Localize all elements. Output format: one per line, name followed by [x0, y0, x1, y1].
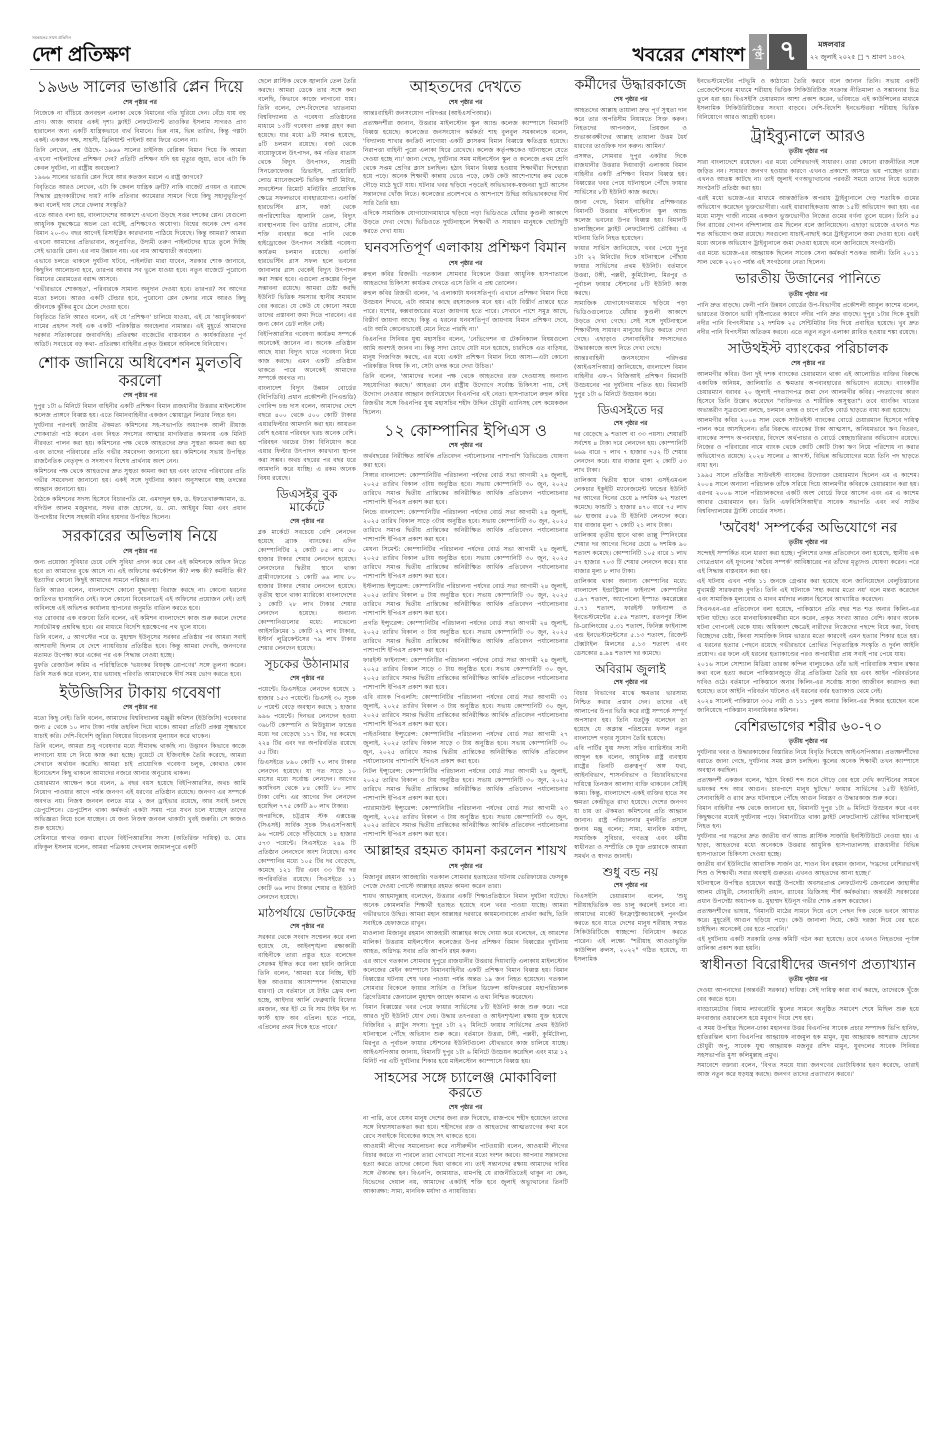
paragraph: বিএনপির সিনিয়র যুগ্ম মহাসচিব বলেন, 'নেভ…: [363, 336, 568, 372]
article-karmider-uddhar: কর্মীদের উদ্ধারকাজে শেষ পৃষ্ঠার পর আহতদে…: [574, 78, 687, 400]
paragraph: তিনি বলেন, 'আমাদের দলের পক্ষ থেকে আহতদের…: [363, 373, 568, 418]
article-body: নিজেকে না বাঁচিয়ে জনবহুল এলাকা থেকে বিম…: [34, 110, 246, 351]
headline: বেশিরভাগের শরীর ৬০-৭০: [697, 720, 919, 735]
paragraph: মিজানুর রহমান আজহারি। গতকাল সোমবার হতাহত…: [363, 874, 568, 892]
paragraph: শায়খ আহমাদুল্লাহ বলেছেন, উত্তরার একটি শ…: [363, 893, 568, 929]
headline: ডিএসইর বুক মার্কেটে: [258, 488, 356, 514]
paragraph: প্রত্যক্ষদর্শীদের ভাষায়, 'বিমানটি মাঠের…: [697, 908, 919, 935]
article-body: দর বেড়েছে ৯ শতাংশ বা ৩৩ পয়সা। শেয়ারটি…: [574, 431, 687, 659]
headline: ঘনবসতিপূর্ণ এলাকায় প্রশিক্ষণ বিমান: [363, 241, 568, 256]
paragraph: প্রত্যক্ষদর্শীরা জানান, উত্তরার মাইলস্টো…: [363, 120, 568, 210]
paragraph: আন্তঃবাহিনী জনসংযোগ পরিদপ্তর (আইএসপিআর)।: [363, 110, 568, 119]
paragraph: বিবৃতিতে তিনি আরও বলেন, এই যে 'প্রশিক্ষণ…: [34, 314, 246, 350]
continuation-kicker: শেষ পৃষ্ঠার পর: [697, 358, 919, 369]
article-body: অর্থবছরের নিরীক্ষিত আর্থিক প্রতিবেদন পর্…: [363, 453, 568, 840]
headline: সূচকের উঠানামার: [258, 658, 356, 671]
article-twelve-company-eps: ১২ কোম্পানির ইপিএস ও শেষ পৃষ্ঠার পর অর্থ…: [363, 422, 568, 841]
article-ghonobosoti-training: ঘনবসতিপূর্ণ এলাকায় প্রশিক্ষণ বিমান শেষ …: [363, 241, 568, 417]
headline: মাঠপর্যায়ে ভোটকেন্দ্র: [258, 907, 356, 920]
paragraph: ঘটনাস্থলে উপস্থিত হয়েছেন স্বরাষ্ট্র উপদ…: [697, 880, 919, 907]
paragraph: বিইপিআরসির গবেষণা কার্যক্রম সম্পর্কে অনে…: [258, 331, 356, 385]
paragraph: তিনি বলেন, আমরা শুধু গবেষণার মধ্যে সীমাব…: [34, 743, 246, 779]
paragraph: জন্য প্রয়োজ্য সুবিধার চেয়ে বেশি সুবিধা…: [34, 559, 246, 586]
continuation-kicker: তৃতীয় পৃষ্ঠার পর: [697, 289, 919, 300]
paragraph: এই ঘটনায় এখন পর্যন্ত ১১ জনকে গ্রেপ্তার …: [697, 578, 919, 605]
paragraph: এর মধ্যে ভয়েজ-এর আহ্বায়ক ছিলেন সাবেক স…: [697, 250, 919, 268]
article-sahoser-shonge: সাহসের সঙ্গে চ্যালেঞ্জ মোকাবিলা করতে শেষ…: [363, 1071, 568, 1198]
headline: স্বাধীনতা বিরোধীদের জনগণ প্রত্যাখ্যান: [697, 958, 919, 973]
paragraph: ২০২৪ সালেই পাকিস্তানে ৩৩৫ নারী ও ১১১ পুর…: [697, 698, 919, 716]
paragraph: ফায়ার সার্ভিস জানিয়েছে, খবর পেয়ে দুপু…: [574, 245, 687, 299]
paragraph: সেমিনারে স্বাগত বক্তব্য রাখেন বিইপিআরসির…: [34, 835, 246, 853]
article-tribunal: ট্রাইব্যুনালে আরও তৃতীয় পৃষ্ঠার পর সারা…: [697, 127, 919, 268]
paragraph: ১৯৯৫ সালে প্রতিষ্ঠিত সাউথইস্ট ব্যাংকের উ…: [697, 472, 919, 517]
headline: অবিরাম জুলাই: [574, 663, 687, 676]
paragraph: সরকার থেকে সংবাদ সম্মেলন করে বলা হয়েছে …: [258, 934, 356, 1033]
article-body: সন্দেহই সম্পর্কিত বলে ধারণা করা হচ্ছে। প…: [697, 550, 919, 716]
column-e: ইনভেস্টমেন্টের পটভূমি ও কাঠামো তৈরি করবে…: [697, 78, 919, 1084]
paragraph: সমাবেশে বক্তারা বলেন, 'বিগত সময়ে যারা জ…: [697, 1062, 919, 1080]
continuation-kicker: শেষ পৃষ্ঠার পর: [363, 258, 568, 269]
paragraph: গত রোববার এক বক্তব্যে তিনি বলেন, এই কমিশ…: [34, 615, 246, 633]
article-body: রুহুল কবির রিজভী। গতকাল সোমবার বিকেলে উত…: [363, 271, 568, 418]
article-body: দুর্ঘটনার খবর ও উদ্ধারকাজের বিস্তারিত নি…: [697, 749, 919, 954]
article-swadhinata-birodhi: স্বাধীনতা বিরোধীদের জনগণ প্রত্যাখ্যান তৃ…: [697, 958, 919, 1080]
paragraph: বিচার বিভাগের মাঝে ক্ষমতার ভারসাম্য নিশ্…: [574, 690, 687, 744]
paragraph: মুফতি রেজাউল করিম এ পরিস্থিতিকে 'ভয়ংকর …: [34, 662, 246, 680]
continuation-kicker: তৃতীয় পৃষ্ঠার পর: [697, 537, 919, 548]
article-body: মিজানুর রহমান আজহারি। গতকাল সোমবার হতাহত…: [363, 874, 568, 1067]
article-bhangari-plane: ১৯৬৬ সালের ভাঙারি প্লেন দিয়ে শেষ পৃষ্ঠা…: [34, 78, 246, 350]
section-title: খবরের শেষাংশ: [632, 41, 745, 73]
article-bharatiya-ujan: ভারতীয় উজানের পানিতে তৃতীয় পৃষ্ঠার পর …: [697, 272, 919, 337]
paragraph: তালিকায় থাকা অন্যান্য কোম্পানির মধ্যে: …: [574, 578, 687, 659]
article-body: ইনভেস্টমেন্টের পটভূমি ও কাঠামো তৈরি করবে…: [697, 78, 919, 123]
paragraph: লিন্ডে বাংলাদেশ: কোম্পানিটির পরিচালনা পর…: [363, 509, 568, 545]
paragraph: দুর্ঘটনার পরপরই জাতীয় ঐকমত্য কমিশনের সহ…: [34, 422, 246, 467]
paragraph: অর্থবছরের নিরীক্ষিত আর্থিক প্রতিবেদন পর্…: [363, 453, 568, 471]
article-ugc-research: ইউজিসির টাকায় গবেষণা শেষ পৃষ্ঠার পর মতো…: [34, 684, 246, 853]
continuation-kicker: শেষ পৃষ্ঠার পর: [258, 516, 356, 527]
paragraph: মাওলানা মিজানুর রহমান আজহারী আল্লাহর কাছ…: [363, 930, 568, 957]
column-a: ১৯৬৬ সালের ভাঙারি প্লেন দিয়ে শেষ পৃষ্ঠা…: [34, 78, 246, 857]
paragraph: মতো কিছু নেই। তিনি বলেন, আমাদের বিশ্ববিদ…: [34, 715, 246, 742]
continuation-kicker: শেষ পৃষ্ঠার পর: [574, 418, 687, 429]
paragraph: প্যারামাউন্ট ইন্স্যুরেন্স: কোম্পানিটির প…: [363, 805, 568, 841]
paragraph: তিনি আরও বলেন, বাংলাদেশে কোনো যুদ্ধাবস্থ…: [34, 587, 246, 614]
headline: ১৯৬৬ সালের ভাঙারি প্লেন দিয়ে: [34, 78, 246, 96]
continuation-kicker: শেষ পৃষ্ঠার পর: [574, 677, 687, 688]
headline: ভারতীয় উজানের পানিতে: [697, 272, 919, 287]
continuation-kicker: শেষ পৃষ্ঠার পর: [574, 94, 687, 105]
paragraph: নিজেকে না বাঁচিয়ে জনবহুল এলাকা থেকে বিম…: [34, 110, 246, 146]
headline: শুধু বন্ড নয়: [574, 866, 687, 879]
paragraph: ডিএসইতে ৮৯০ কোটি ৭০ লাখ টাকার লেনদেন হয়…: [258, 759, 356, 813]
headline: সরকারের অভিলাষ নিয়ে: [34, 527, 246, 545]
article-abaidho-somporko: 'অবৈধ' সম্পর্কের অভিযোগে নর তৃতীয় পৃষ্ঠ…: [697, 521, 919, 716]
continuation-kicker: তৃতীয় পৃষ্ঠার পর: [697, 974, 919, 985]
paragraph: তালিকায় তৃতীয় স্থানে থাকা তাল্লু স্পিন…: [574, 532, 687, 577]
paragraph: ২০১৬ সালে সোশ্যাল মিডিয়া তারকা কন্দিল ব…: [697, 661, 919, 697]
continuation-kicker: শেষ পৃষ্ঠার পর: [34, 97, 246, 108]
continuation-kicker: শেষ পৃষ্ঠার পর: [363, 97, 568, 108]
paragraph: বিমান বাহিনীর পক্ষ থেকে জানানো হয়, বিমা…: [697, 805, 919, 832]
paragraph: বিবৃতিতে আরও লেখেন, এটা কি কেবল যান্ত্রি…: [34, 184, 246, 211]
paragraph: এভাবে চলতে থাকলে দুর্ঘটনা ঘটবে, পাইলটরা …: [34, 258, 246, 285]
paragraph: সিঙ্গার বাংলাদেশ: কোম্পানিটির পরিচালনা প…: [363, 472, 568, 508]
article-islamic-investment-continuation: ইনভেস্টমেন্টের পটভূমি ও কাঠামো তৈরি করবে…: [697, 78, 919, 123]
paragraph: এতে আরও বলা হয়, বাংলাদেশের আকাশে এখনো উ…: [34, 212, 246, 257]
paragraph: 'গভীরভাবে শোকাহত', পরিবারকে সামান্য অনুদ…: [34, 286, 246, 313]
paragraph: এবি ব্যাংক পিএলসি: কোম্পানিটির পরিচালনা …: [363, 694, 568, 730]
paragraph: রুহুল কবির রিজভী। গতকাল সোমবার বিকেলে উত…: [363, 271, 568, 289]
paragraph: সারা বাংলাদেশে রয়েছেন। এর মধ্যে বেশিরভা…: [697, 159, 919, 195]
paragraph: দুপুর ১টা ৬ মিনিটে বিমান বাহিনীর একটি প্…: [34, 403, 246, 421]
article-body: দেওয়া আপনাদের (অন্তর্বর্তী সরকার) দায়ি…: [697, 987, 919, 1080]
continuation-kicker: শেষ পৃষ্ঠার পর: [363, 440, 568, 451]
paragraph: এর আগে গতকাল সোমবার দুপুরে রাজধানীর উত্ত…: [363, 958, 568, 1003]
article-body: পয়েন্টে। ডিএসইতে লেনদেন হয়েছে ১ হাজার …: [258, 686, 356, 904]
issue-date: ২২ জুলাই ২০২৫ □ ৭ শ্রাবণ ১৪৩২: [810, 52, 920, 63]
paragraph: পাইওনিয়ার ইন্স্যুরেন্স: কোম্পানিটির পরি…: [363, 731, 568, 767]
article-shok-adhibeshan: শোক জানিয়ে অধিবেশন মুলতবি করলো শেষ পৃষ্…: [34, 354, 246, 523]
article-body: দুপুর ১টা ৬ মিনিটে বিমান বাহিনীর একটি প্…: [34, 403, 246, 523]
article-ahotder-dekhte: আহতদের দেখতে শেষ পৃষ্ঠার পর আন্তঃবাহিনী …: [363, 78, 568, 237]
headline: ১২ কোম্পানির ইপিএস ও: [363, 422, 568, 440]
article-body: সরকার থেকে সংবাদ সম্মেলন করে বলা হয়েছে …: [258, 934, 356, 1033]
paragraph: দুর্ঘটনার পর দগ্ধদের দ্রুত জাতীয় বার্ন …: [697, 833, 919, 860]
paragraph: জাতীয় বার্ন ইউনিটের আবাসিক সার্জন ডা. শ…: [697, 861, 919, 879]
article-body: বিএসইসি চেয়ারম্যান বলেন, 'শুধু শরীয়াহভ…: [574, 893, 687, 965]
paragraph: জানা গেছে, বিমান বাহিনীর প্রশিক্ষণরত বিম…: [574, 199, 687, 244]
headline: ইউজিসির টাকায় গবেষণা: [34, 684, 246, 702]
headline: ট্রাইব্যুনালে আরও: [697, 127, 919, 145]
continuation-kicker: শেষ পৃষ্ঠার পর: [363, 1102, 568, 1113]
paragraph: পানি দ্রুত বাড়ছে। ফেনী পানি উন্নয়ন বোর…: [697, 302, 919, 338]
article-body: আহতদের আল্লাহ তায়ালা দ্রুত পূর্ণ সুস্থত…: [574, 107, 687, 400]
article-sarkarer-abhilash: সরকারের অভিলাষ নিয়ে শেষ পৃষ্ঠার পর জন্য…: [34, 527, 246, 679]
headline: ডিএসইতে দর: [574, 404, 687, 417]
paragraph: এ সময় উপস্থিত ছিলেন-ঢাকা মহানগর উত্তর ব…: [697, 1025, 919, 1061]
article-southeast-bank: সাউথইস্ট ব্যাংকের পরিচালক শেষ পৃষ্ঠার পর…: [697, 342, 919, 517]
continuation-kicker: তৃতীয় পৃষ্ঠার পর: [697, 736, 919, 747]
paragraph: আলমগীর কবির। উনা দুই দশক ব্যাংকের চেয়ার…: [697, 371, 919, 416]
paragraph: এবি পার্টির যুগ্ম সদস্য সচিব ব্যারিস্টার…: [574, 745, 687, 862]
paragraph: আহতদের আল্লাহ তায়ালা দ্রুত পূর্ণ সুস্থত…: [574, 107, 687, 152]
article-dse-dor: ডিএসইতে দর শেষ পৃষ্ঠার পর দর বেড়েছে ৯ শ…: [574, 404, 687, 659]
article-body: ছেলে প্লাস্টিক থেকে জ্বালানি তেল তৈরি কর…: [258, 78, 356, 484]
headline: 'অবৈধ' সম্পর্কের অভিযোগে নর: [697, 521, 919, 536]
page-number: ৭: [769, 34, 807, 70]
headline: শোক জানিয়ে অধিবেশন মুলতবি করলো: [34, 354, 246, 389]
continuation-kicker: শেষ পৃষ্ঠার পর: [258, 673, 356, 684]
paragraph: তিনি লেখেন, প্রশ্ন উঠছে- ১৯৬৬ সালের চাইন…: [34, 147, 246, 174]
continuation-kicker: শেষ পৃষ্ঠার পর: [34, 390, 246, 401]
paragraph: প্রত্যক্ষদর্শী একজন বলেন, 'হঠাৎ বিকট শব্…: [697, 777, 919, 804]
paragraph: তিনি বলেন, ৫ আগস্টের পরে ড. মুহাম্মদ ইউন…: [34, 634, 246, 661]
paragraph: প্রগতি ইন্স্যুরেন্স: কোম্পানিটির পরিচালন…: [363, 620, 568, 656]
paragraph: সিএনএন-এর প্রতিবেদনে বলা হয়েছে, পাকিস্ত…: [697, 606, 919, 660]
paragraph: ইস্টল্যান্ড ইন্স্যুরেন্স: কোম্পানিটির পর…: [363, 583, 568, 619]
paragraph: বৈঠকে কমিশনের সদস্য হিসেবে বিচারপতি মো. …: [34, 496, 246, 523]
column-d: কর্মীদের উদ্ধারকাজে শেষ পৃষ্ঠার পর আহতদে…: [574, 78, 687, 969]
paragraph: এদিকে সামাজিক যোগাযোগমাধ্যমে ছড়িয়ে পড়…: [363, 210, 568, 237]
paragraph: দেওয়া আপনাদের (অন্তর্বর্তী সরকার) দায়ি…: [697, 987, 919, 1005]
paragraph: পয়েন্টে। ডিএসইতে লেনদেন হয়েছে ১ হাজার …: [258, 686, 356, 758]
headline: আহতদের দেখতে: [363, 78, 568, 96]
masthead: সমকালের সাথে প্রতিদিন দেশ প্রতিক্ষণ খবরে…: [30, 30, 920, 70]
column-b: ছেলে প্লাস্টিক থেকে জ্বালানি তেল তৈরি কর…: [258, 78, 356, 1037]
article-body: আলমগীর কবির। উনা দুই দশক ব্যাংকের চেয়ার…: [697, 371, 919, 517]
headline: কর্মীদের উদ্ধারকাজে: [574, 78, 687, 93]
article-body: না পারি, তবে যেসব মানুষ দেশের জন্য রক্ত …: [363, 1115, 568, 1197]
paragraph: বাংলাদেশ বিদ্যুৎ উন্নয়ন বোর্ডের (বিপিডি…: [258, 385, 356, 484]
article-body: মতো কিছু নেই। তিনি বলেন, আমাদের বিশ্ববিদ…: [34, 715, 246, 853]
paragraph: দর বেড়েছে ৯ শতাংশ বা ৩৩ পয়সা। শেয়ারটি…: [574, 431, 687, 476]
article-dse-block-market: ডিএসইর বুক মার্কেটে শেষ পৃষ্ঠার পর ব্লক …: [258, 488, 356, 654]
continuation-kicker: শেষ পৃষ্ঠার পর: [34, 702, 246, 713]
article-mathparjaye-vote: মাঠপর্যায়ে ভোটকেন্দ্র শেষ পৃষ্ঠার পর সর…: [258, 907, 356, 1033]
article-body: ব্লক মার্কেটে সবচেয়ে বেশি লেনদেন হয়েছে…: [258, 529, 356, 655]
article-body: আন্তঃবাহিনী জনসংযোগ পরিদপ্তর (আইএসপিআর)।…: [363, 110, 568, 238]
page-label: পৃষ্ঠা: [749, 34, 767, 70]
paragraph: আলমগীর কবির ২০০৪ সাল থেকে সাউথইস্ট ব্যাং…: [697, 417, 919, 471]
article-shudhu-bondo: শুধু বন্ড নয় শেষ পৃষ্ঠার পর বিএসইসি চেয…: [574, 866, 687, 965]
article-suchak-uthanamar: সূচকের উঠানামার শেষ পৃষ্ঠার পর পয়েন্টে।…: [258, 658, 356, 903]
paragraph: ইনভেস্টমেন্টের পটভূমি ও কাঠামো তৈরি করবে…: [697, 78, 919, 123]
article-body: পানি দ্রুত বাড়ছে। ফেনী পানি উন্নয়ন বোর…: [697, 302, 919, 338]
headline: সাউথইস্ট ব্যাংকের পরিচালক: [697, 342, 919, 357]
paragraph: না পারি, তবে যেসব মানুষ দেশের জন্য রক্ত …: [363, 1115, 568, 1142]
headline: সাহসের সঙ্গে চ্যালেঞ্জ মোকাবিলা করতে: [363, 1071, 568, 1102]
issue-day: মঙ্গলবার: [818, 39, 845, 52]
continuation-kicker: শেষ পৃষ্ঠার পর: [34, 546, 246, 557]
paragraph: কমিশনের পক্ষ থেকে আহতদের দ্রুত সুস্থতা ক…: [34, 468, 246, 495]
paragraph: বিএসইসি চেয়ারম্যান বলেন, 'শুধু শরীয়াহভ…: [574, 893, 687, 965]
paragraph: ফারইস্ট ফাইন্যান্স: কোম্পানিটির পরিচালনা…: [363, 657, 568, 693]
paragraph: চেয়ারম্যান আক্ষেপ করে বলেন, ৯ বছর বয়স …: [34, 780, 246, 834]
continuation-kicker: শেষ পৃষ্ঠার পর: [363, 861, 568, 872]
article-beshirbhager-sharir: বেশিরভাগের শরীর ৬০-৭০ তৃতীয় পৃষ্ঠার পর …: [697, 720, 919, 954]
paragraph: সন্দেহই সম্পর্কিত বলে ধারণা করা হচ্ছে। প…: [697, 550, 919, 577]
paragraph: অপরদিকে, চট্টগ্রাম স্টক এক্সচেঞ্জ (সিএসই…: [258, 813, 356, 903]
paragraph: ১৯৬৬ সালের ভাঙারি প্লেন দিয়ে আর কতজন মর…: [34, 174, 246, 183]
paragraph: প্রসঙ্গত, সোমবার দুপুর একটার দিকে রাজধান…: [574, 153, 687, 198]
continuation-kicker: শেষ পৃষ্ঠার পর: [574, 880, 687, 891]
article-allahr-rahmat: আল্লাহর রহমত কামনা করলেন শায়খ শেষ পৃষ্ঠ…: [363, 844, 568, 1066]
paragraph: মেঘনা সিমেন্ট: কোম্পানিটির পরিচালনা পর্ষ…: [363, 546, 568, 582]
paragraph: নিটল ইন্স্যুরেন্স: কোম্পানিটির পরিচালনা …: [363, 768, 568, 804]
article-abiram-july: অবিরাম জুলাই শেষ পৃষ্ঠার পর বিচার বিভাগে…: [574, 663, 687, 862]
article-ugc-continuation: ছেলে প্লাস্টিক থেকে জ্বালানি তেল তৈরি কর…: [258, 78, 356, 484]
article-body: বিচার বিভাগের মাঝে ক্ষমতার ভারসাম্য নিশ্…: [574, 690, 687, 862]
paragraph: ব্লক মার্কেটে সবচেয়ে বেশি লেনদেন হয়েছে…: [258, 529, 356, 655]
continuation-kicker: তৃতীয় পৃষ্ঠার পর: [697, 146, 919, 157]
paragraph: এই দুর্ঘটনায় একটি সরকারি তদন্ত কমিটি গঠ…: [697, 936, 919, 954]
paragraph: আন্তঃবাহিনী জনসংযোগ পরিদপ্তর (আইএসপিআর) …: [574, 355, 687, 400]
paragraph: ছেলে প্লাস্টিক থেকে জ্বালানি তেল তৈরি কর…: [258, 78, 356, 330]
paragraph: আওয়ামী লীগের সমালোচনা করে নাসীরুদ্দীন প…: [363, 1143, 568, 1197]
paragraph: সামাজিক যোগাযোগমাধ্যমে ছড়িয়ে পড়া ভিডি…: [574, 300, 687, 354]
article-body: সারা বাংলাদেশে রয়েছেন। এর মধ্যে বেশিরভা…: [697, 159, 919, 269]
article-body: জন্য প্রয়োজ্য সুবিধার চেয়ে বেশি সুবিধা…: [34, 559, 246, 680]
paragraph: দুর্ঘটনার খবর ও উদ্ধারকাজের বিস্তারিত নি…: [697, 749, 919, 776]
paragraph: এরই মধ্যে ভয়েজ-এর মাধ্যমে আন্তর্জাতিক অ…: [697, 195, 919, 249]
paragraph: বাড্ডামেটোর বিয়াম ল্যাবরেটরি স্কুলের সা…: [697, 1006, 919, 1024]
column-c: আহতদের দেখতে শেষ পৃষ্ঠার পর আন্তঃবাহিনী …: [363, 78, 568, 1201]
paragraph: তালিকায় দ্বিতীয় স্থানে থাকা এসইএমএল লে…: [574, 477, 687, 531]
paragraph: রুহুল কবির রিজভী বলেন, 'এ এলাকাটা ঘনবসতি…: [363, 290, 568, 335]
newspaper-logo: দেশ প্রতিক্ষণ: [32, 40, 130, 73]
paragraph: বিমান বিধ্বস্তের খবর পেয়ে ফায়ার সার্ভি…: [363, 1004, 568, 1067]
headline: আল্লাহর রহমত কামনা করলেন শায়খ: [363, 844, 568, 859]
continuation-kicker: শেষ পৃষ্ঠার পর: [258, 921, 356, 932]
